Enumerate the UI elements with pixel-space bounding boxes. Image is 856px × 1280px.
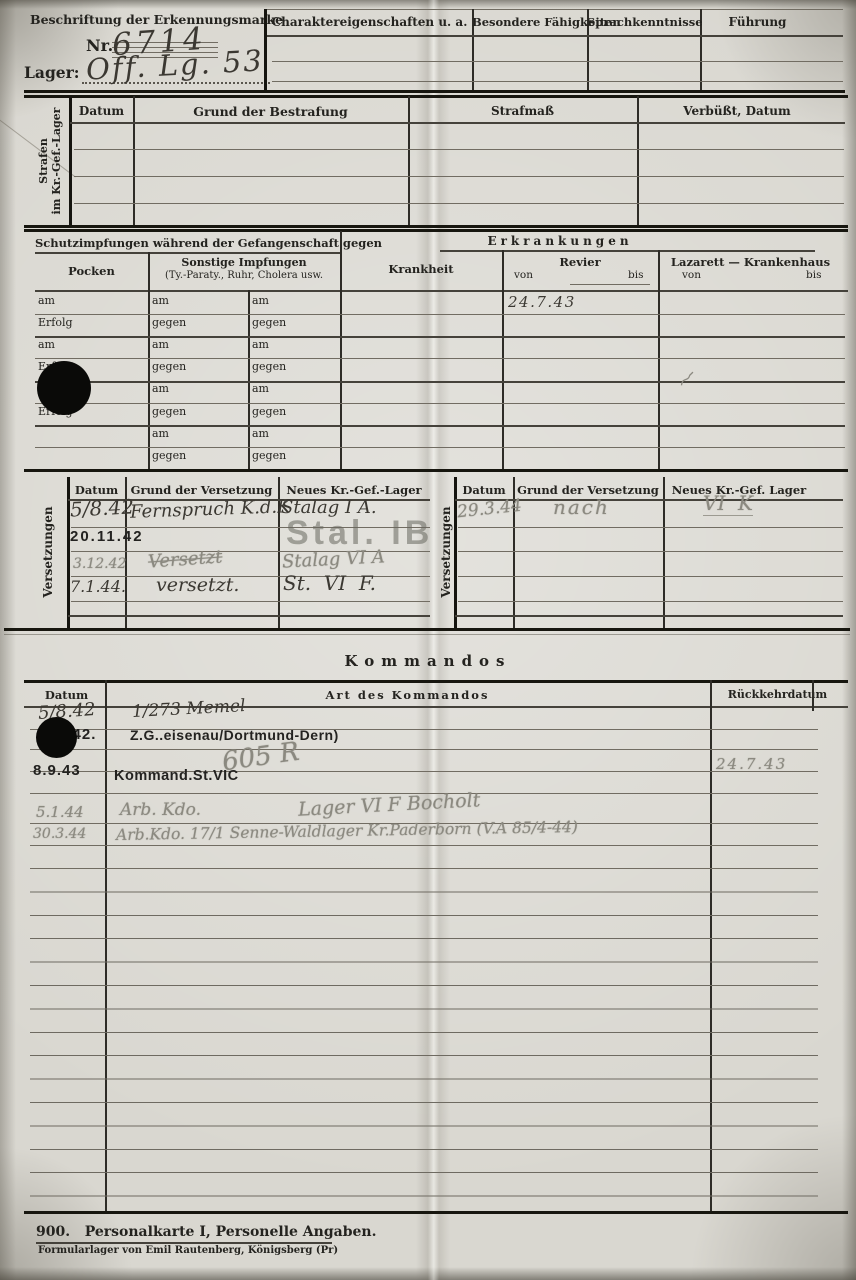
col-revier: Revier (502, 255, 658, 269)
versetzung-datum: 5/8.42 (69, 494, 134, 521)
section-border (24, 95, 848, 98)
pencil-mark (676, 369, 700, 389)
impf-cell: am (252, 427, 269, 440)
hole-punch (36, 717, 77, 758)
rule (36, 1242, 332, 1244)
section-border (24, 90, 845, 93)
lazarett-bis-label: bis (806, 269, 821, 281)
rule (458, 576, 843, 577)
impf-cell: am (152, 382, 169, 395)
impf-cell: am (152, 294, 169, 307)
versetzungen-right-side-label: Versetzungen (439, 482, 455, 622)
rule (35, 314, 845, 315)
kommandos-title: Kommandos (0, 652, 856, 670)
impf-cell: am (252, 382, 269, 395)
rule (35, 358, 845, 359)
erkrankungen-header: Erkrankungen (440, 234, 680, 248)
table-border (812, 680, 814, 711)
rule (35, 447, 845, 448)
pocken-cell: am (38, 338, 55, 351)
impf-cell: gegen (152, 405, 186, 418)
rule (35, 252, 340, 254)
section-border (24, 1211, 848, 1214)
rule (74, 149, 844, 150)
kommando-datum: 8.9.43 (33, 762, 81, 779)
rule (458, 601, 843, 602)
strafen-side-label: Strafen im Kr.-Gef.-Lager (37, 96, 67, 226)
col-fuehrung: Führung (700, 15, 815, 29)
table-bottom (455, 615, 843, 617)
column-divider (658, 250, 660, 470)
rule (440, 250, 815, 252)
rule (458, 527, 843, 528)
impf-cell: gegen (152, 360, 186, 373)
versetzung-datum-stamp: 20.11.42 (70, 528, 144, 545)
form-number-title: 900. Personalkarte I, Personelle Angaben… (36, 1224, 376, 1240)
col-besondere-faehigkeiten: Besondere Fähigkeiten (472, 15, 587, 29)
revier-entry-handwritten: 24.7.43 (508, 293, 576, 311)
rule (570, 284, 650, 285)
impf-cell: gegen (252, 360, 286, 373)
col-sonstige-impfungen-sub: (Ty.-Paraty., Ruhr, Cholera usw. (148, 270, 340, 281)
kommando-art-stamp: Z.G..eisenau/Dortmund-Dern) (130, 727, 339, 743)
versetzungen-left-side-label: Versetzungen (41, 482, 57, 622)
rule (267, 9, 843, 10)
revier-bis-label: bis (628, 269, 643, 281)
kommando-rueckkehr: 24.7.43 (716, 755, 787, 773)
column-divider (340, 231, 342, 470)
col-sprachkenntnisse: Sprachkenntnisse (587, 15, 700, 29)
kommando-art: Arb.Kdo. 17/1 Senne-Waldlager Kr.Paderbo… (116, 818, 578, 844)
header-underline (70, 122, 845, 124)
rule (74, 176, 844, 177)
versetzung-grund: Versetzt (147, 546, 223, 572)
header-underline (267, 35, 843, 37)
card-fold-edge (4, 628, 850, 631)
kommando-datum: 30.3.44 (33, 826, 86, 842)
revier-von-label: von (514, 269, 533, 281)
impf-cell: gegen (252, 316, 286, 329)
versetzung-lager: VI K (703, 491, 753, 516)
rule (272, 61, 843, 62)
kommando-art: Arb. Kdo. (120, 800, 201, 820)
impf-cell: am (152, 427, 169, 440)
column-divider (148, 252, 150, 470)
impf-cell: gegen (152, 449, 186, 462)
versetzung-datum: 7.1.44. (70, 577, 126, 596)
section-border (24, 680, 848, 683)
impf-cell: am (152, 338, 169, 351)
col-strafmass: Strafmaß (408, 104, 637, 118)
section-border (24, 225, 848, 228)
col-grund-versetzung: Grund der Versetzung (125, 483, 278, 497)
schutzimpfungen-header: Schutzimpfungen während der Gefangenscha… (35, 236, 340, 250)
versetzung-lager: Stalag VI A (282, 546, 386, 572)
impf-cell: gegen (252, 449, 286, 462)
versetzung-grund: nach (553, 495, 610, 519)
column-divider (248, 290, 250, 470)
rule (30, 845, 818, 846)
impf-cell: gegen (152, 316, 186, 329)
lager-label: Lager: (24, 63, 80, 82)
versetzung-grund: Fernspruch K.d.K (130, 496, 291, 523)
col-sonstige-impfungen: Sonstige Impfungen (148, 256, 340, 269)
col-grund-bestrafung: Grund der Bestrafung (133, 104, 408, 119)
versetzung-datum: 3.12.42 (73, 556, 126, 572)
col-rueckkehrdatum: Rückkehrdatum (710, 688, 845, 701)
section-border (24, 469, 848, 472)
rule (30, 749, 818, 750)
versetzung-grund: versetzt. (156, 574, 239, 596)
rule (74, 203, 844, 204)
impf-cell: am (252, 294, 269, 307)
rule (458, 551, 843, 552)
col-verbuesst-datum: Verbüßt, Datum (637, 104, 837, 118)
col-datum: Datum (70, 104, 133, 118)
table-bottom (68, 615, 430, 617)
strafen-side-label-2: im Kr.-Gef.-Lager (50, 96, 63, 226)
rule (272, 81, 843, 82)
pocken-cell: am (38, 294, 55, 307)
rule (71, 601, 430, 602)
rule (35, 403, 845, 404)
rule (4, 634, 850, 635)
col-datum: Datum (455, 483, 513, 497)
col-lazarett-krankenhaus: Lazarett — Krankenhaus (658, 255, 843, 269)
scanned-document: Beschriftung der Erkennungsmarke Nr. 671… (0, 0, 856, 1280)
column-divider (502, 250, 504, 470)
col-neues-lager: Neues Kr.-Gef.-Lager (278, 483, 430, 497)
strafen-side-label-1: Strafen (37, 96, 50, 226)
kommando-art-stamp: Kommand.St.VIC (114, 768, 239, 784)
impf-cell: gegen (252, 405, 286, 418)
header-underline (35, 290, 848, 292)
col-pocken: Pocken (35, 264, 148, 278)
hole-punch (37, 361, 91, 415)
pocken-cell: Erfolg (38, 316, 73, 329)
kommando-datum: 5.1.44 (36, 803, 84, 821)
section-border (24, 229, 848, 232)
printer-imprint: Formularlager von Emil Rautenberg, König… (38, 1245, 338, 1256)
col-krankheit: Krankheit (340, 262, 502, 276)
impf-cell: am (252, 338, 269, 351)
ruled-lines (30, 869, 818, 1211)
versetzung-lager: St. VI F. (283, 571, 376, 595)
lazarett-von-label: von (682, 269, 701, 281)
col-charaktereigenschaften: Charaktereigenschaften u. a. (267, 15, 472, 29)
